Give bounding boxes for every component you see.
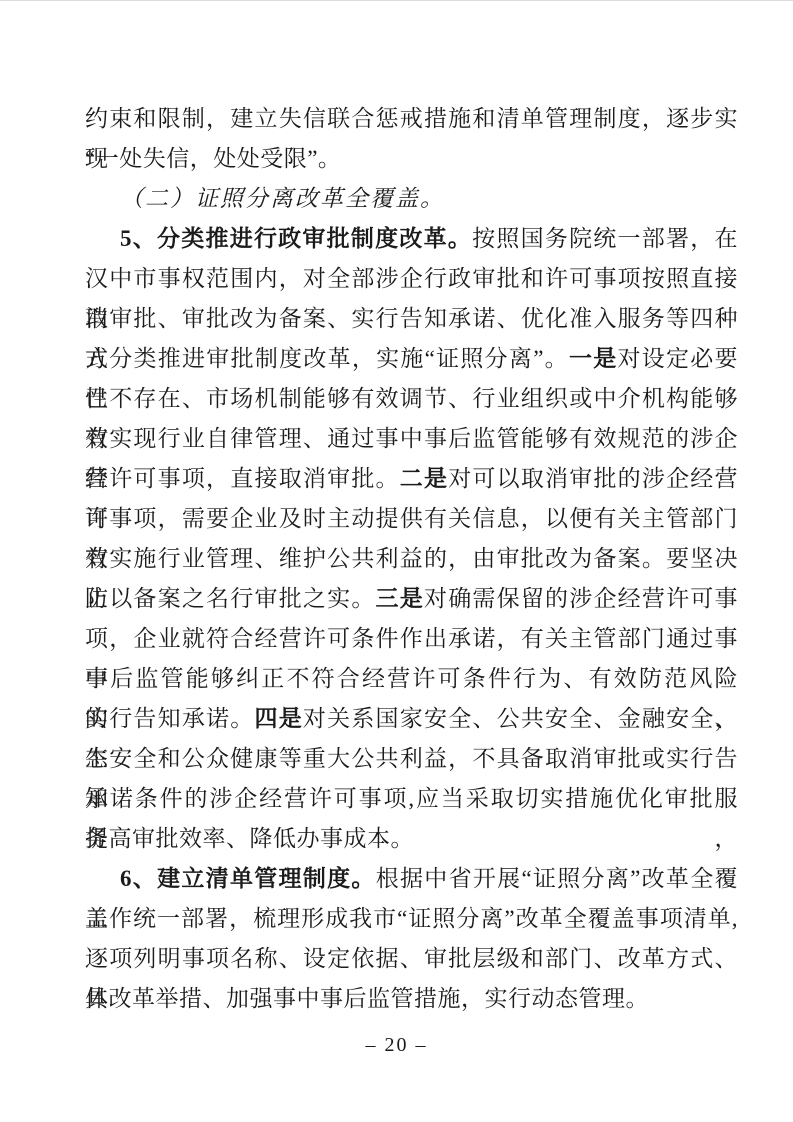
- text-line: 项，企业就符合经营许可条件作出承诺，有关主管部门通过事中: [85, 619, 738, 659]
- text-line: 已不存在、市场机制能够有效调节、行业组织或中介机构能够有: [85, 379, 738, 419]
- text-line: 效实施行业管理、维护公共利益的，由审批改为备案。要坚决防: [85, 539, 738, 579]
- bold-text-segment: 二是: [400, 466, 448, 491]
- text-line: 可事项，需要企业及时主动提供有关信息，以便有关主管部门有: [85, 499, 738, 539]
- text-line: 逐项列明事项名称、设定依据、审批层级和部门、改革方式、具: [85, 939, 738, 979]
- page-number: – 20 –: [0, 1034, 793, 1057]
- document-page: 约束和限制，建立失信联合惩戒措施和清单管理制度，逐步实现“一处失信，处处受限”。…: [0, 0, 793, 1122]
- text-segment: 工作统一部署，梳理形成我市“证照分离”改革全覆盖事项清单,: [85, 906, 738, 931]
- bold-text-segment: 5、分类推进行政审批制度改革。: [120, 226, 472, 251]
- text-segment: （二）证照分离改革全覆盖。: [120, 186, 445, 211]
- text-segment: “一处失信，处处受限”。: [85, 146, 341, 171]
- text-line: “一处失信，处处受限”。: [85, 139, 738, 179]
- text-line: 承诺条件的涉企经营许可事项,应当采取切实措施优化审批服务，: [85, 779, 738, 819]
- text-segment: 式分类推进审批制度改革，实施“证照分离”。: [85, 346, 569, 371]
- section-heading: （二）证照分离改革全覆盖。: [85, 179, 738, 219]
- text-segment: 营许可事项，直接取消审批。: [85, 466, 400, 491]
- text-line: 态安全和公众健康等重大公共利益，不具备取消审批或实行告知: [85, 739, 738, 779]
- text-segment: 体改革举措、加强事中事后监管措施，实行动态管理。: [85, 986, 649, 1011]
- text-segment: 对确需保留的涉企经营许可事: [424, 586, 738, 611]
- text-line: 事后监管能够纠正不符合经营许可条件行为、有效防范风险的，: [85, 659, 738, 699]
- text-line: 工作统一部署，梳理形成我市“证照分离”改革全覆盖事项清单,: [85, 899, 738, 939]
- text-line: 5、分类推进行政审批制度改革。按照国务院统一部署，在: [85, 219, 738, 259]
- document-text: 约束和限制，建立失信联合惩戒措施和清单管理制度，逐步实现“一处失信，处处受限”。…: [85, 99, 738, 1019]
- bold-text-segment: 6、建立清单管理制度。: [120, 866, 376, 891]
- bold-text-segment: 四是: [254, 706, 302, 731]
- text-line: 实行告知承诺。四是对关系国家安全、公共安全、金融安全、生: [85, 699, 738, 739]
- text-segment: 止以备案之名行审批之实。: [85, 586, 376, 611]
- text-segment: 提高审批效率、降低办事成本。: [85, 826, 414, 851]
- bold-text-segment: 一是: [569, 346, 618, 371]
- text-line: 汉中市事权范围内，对全部涉企行政审批和许可事项按照直接取: [85, 259, 738, 299]
- text-line: 式分类推进审批制度改革，实施“证照分离”。一是对设定必要性: [85, 339, 738, 379]
- text-line: 体改革举措、加强事中事后监管措施，实行动态管理。: [85, 979, 738, 1019]
- text-line: 效实现行业自律管理、通过事中事后监管能够有效规范的涉企经: [85, 419, 738, 459]
- text-segment: 实行告知承诺。: [85, 706, 254, 731]
- text-line: 止以备案之名行审批之实。三是对确需保留的涉企经营许可事: [85, 579, 738, 619]
- text-line: 营许可事项，直接取消审批。二是对可以取消审批的涉企经营许: [85, 459, 738, 499]
- page-top-edge: [0, 0, 793, 1]
- text-segment: 按照国务院统一部署，在: [472, 226, 738, 251]
- text-line: 约束和限制，建立失信联合惩戒措施和清单管理制度，逐步实现: [85, 99, 738, 139]
- text-line: 消审批、审批改为备案、实行告知承诺、优化准入服务等四种方: [85, 299, 738, 339]
- text-line: 6、建立清单管理制度。根据中省开展“证照分离”改革全覆盖: [85, 859, 738, 899]
- bold-text-segment: 三是: [376, 586, 424, 611]
